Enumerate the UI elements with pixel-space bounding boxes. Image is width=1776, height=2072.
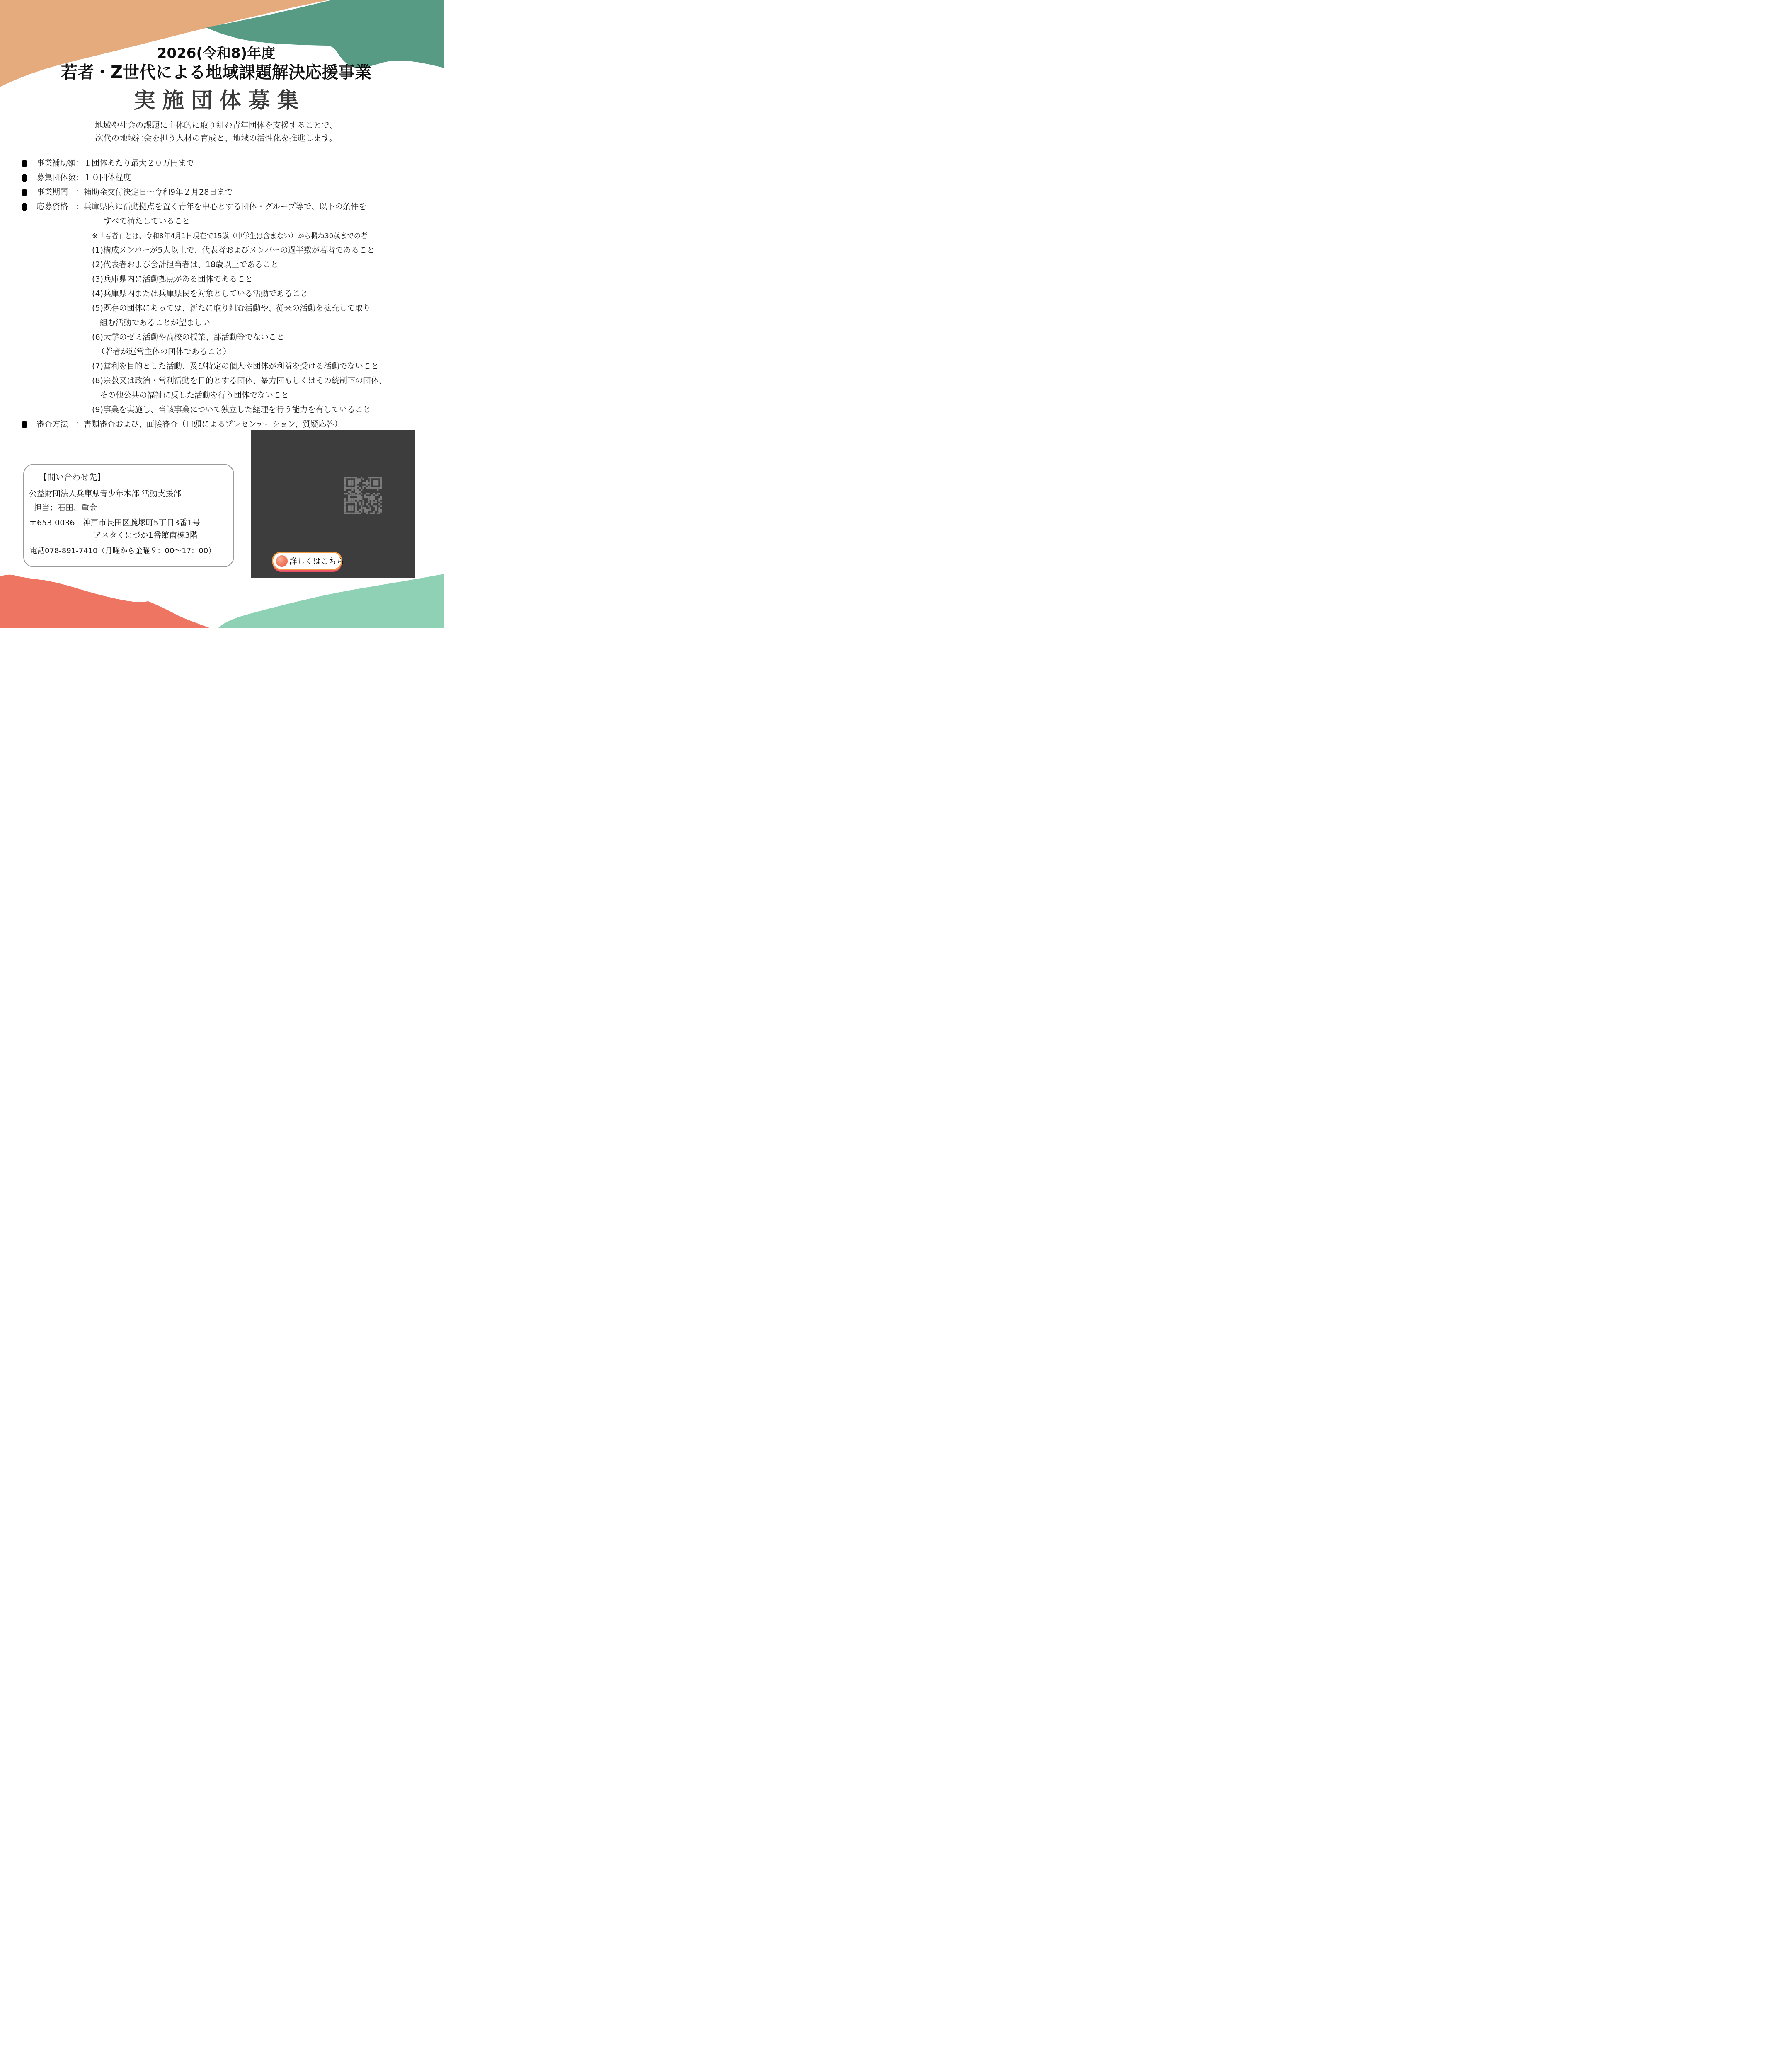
contact-phone: 電話078-891-7410（月曜から金曜９：00～17：00） bbox=[30, 546, 233, 557]
contact-address-line-1: 〒653-0036 神戸市長田区腕塚町5丁目3番1号 bbox=[29, 518, 233, 528]
contact-heading: 【問い合わせ先】 bbox=[39, 472, 233, 483]
details-button-label: 詳しくはこちら bbox=[289, 555, 344, 566]
conditions-block: ※「若者」とは、令和8年4月1日現在で15歳（中学生は含まない）から概ね30歳ま… bbox=[92, 229, 437, 417]
condition-line: (7)営利を目的とした活動、及び特定の個人や団体が利益を受ける活動でないこと bbox=[92, 359, 437, 374]
bullet-subsidy-text: 事業補助額：１団体あたり最大２０万円まで bbox=[36, 159, 194, 168]
details-button[interactable]: 詳しくはこちら bbox=[272, 552, 342, 570]
condition-line: (6)大学のゼミ活動や高校の授業、部活動等でないこと bbox=[92, 330, 437, 345]
condition-line: (8)宗教又は政治・営利活動を目的とする団体、暴力団もしくはその統制下の団体、 bbox=[92, 374, 437, 388]
bullet-icon bbox=[22, 189, 27, 196]
contact-box: 【問い合わせ先】 公益財団法人兵庫県青少年本部 活動支援部 担当：石田、重金 〒… bbox=[23, 464, 234, 567]
bullet-icon bbox=[22, 203, 27, 211]
condition-line-continuation: その他公共の福祉に反した活動を行う団体でないこと bbox=[92, 388, 437, 403]
program-details-list: 事業補助額：１団体あたり最大２０万円まで 募集団体数：１０団体程度 事業期間 ：… bbox=[21, 156, 437, 432]
condition-line: (2)代表者および会計担当者は、18歳以上であること bbox=[92, 258, 437, 272]
bullet-subsidy: 事業補助額：１団体あたり最大２０万円まで bbox=[21, 156, 437, 171]
header: 2026(令和8)年度 若者・Z世代による地域課題解決応援事業 実施団体募集 地… bbox=[0, 45, 432, 145]
fiscal-year-title: 2026(令和8)年度 bbox=[0, 45, 432, 62]
contact-address-line-2: アスタくにづか1番館南棟3階 bbox=[94, 530, 233, 541]
bullet-period-text: 事業期間 ：補助金交付決定日～令和9年２月28日まで bbox=[36, 188, 233, 197]
condition-line-continuation: （若者が運営主体の団体であること） bbox=[92, 345, 437, 359]
bullet-review-text: 審査方法 ：書類審査および、面接審査（口頭によるプレゼンテーション、質疑応答） bbox=[36, 420, 342, 429]
eligibility-continuation: すべて満たしていること bbox=[21, 214, 437, 229]
contact-staff: 担当：石田、重金 bbox=[34, 503, 233, 513]
bullet-icon bbox=[22, 421, 27, 428]
bullet-icon bbox=[22, 174, 27, 182]
age-definition-note: ※「若者」とは、令和8年4月1日現在で15歳（中学生は含まない）から概ね30歳ま… bbox=[92, 229, 437, 243]
flyer-page: 2026(令和8)年度 若者・Z世代による地域課題解決応援事業 実施団体募集 地… bbox=[0, 0, 444, 628]
red-dot-icon bbox=[276, 555, 288, 567]
bullet-period: 事業期間 ：補助金交付決定日～令和9年２月28日まで bbox=[21, 185, 437, 200]
condition-line: (4)兵庫県内または兵庫県民を対象としている活動であること bbox=[92, 287, 437, 301]
bullet-review: 審査方法 ：書類審査および、面接審査（口頭によるプレゼンテーション、質疑応答） bbox=[21, 417, 437, 432]
bullet-groups-text: 募集団体数：１０団体程度 bbox=[36, 173, 131, 182]
program-title: 若者・Z世代による地域課題解決応援事業 bbox=[0, 62, 432, 83]
coral-wave-shape bbox=[0, 575, 209, 628]
condition-line: (9)事業を実施し、当該事業について独立した経理を行う能力を有していること bbox=[92, 403, 437, 417]
qr-code-icon bbox=[344, 477, 382, 514]
bullet-eligibility: 応募資格 ：兵庫県内に活動拠点を置く青年を中心とする団体・グループ等で、以下の条… bbox=[21, 200, 437, 214]
description-line-1: 地域や社会の課題に主体的に取り組む青年団体を支援することで、 bbox=[0, 119, 432, 132]
bullet-groups: 募集団体数：１０団体程度 bbox=[21, 171, 437, 185]
teal-wave-shape bbox=[218, 574, 444, 628]
recruitment-title: 実施団体募集 bbox=[0, 88, 432, 114]
lead-description: 地域や社会の課題に主体的に取り組む青年団体を支援することで、 次代の地域社会を担… bbox=[0, 119, 432, 145]
contact-organization: 公益財団法人兵庫県青少年本部 活動支援部 bbox=[29, 489, 233, 499]
condition-line-continuation: 組む活動であることが望ましい bbox=[92, 316, 437, 330]
description-line-2: 次代の地域社会を担う人材の育成と、地域の活性化を推進します。 bbox=[0, 132, 432, 145]
condition-line: (3)兵庫県内に活動拠点がある団体であること bbox=[92, 272, 437, 287]
bullet-icon bbox=[22, 160, 27, 167]
bullet-eligibility-text: 応募資格 ：兵庫県内に活動拠点を置く青年を中心とする団体・グループ等で、以下の条… bbox=[36, 202, 366, 211]
condition-line: (1)構成メンバーが5人以上で、代表者およびメンバーの過半数が若者であること bbox=[92, 243, 437, 258]
condition-line: (5)既存の団体にあっては、新たに取り組む活動や、従来の活動を拡充して取り bbox=[92, 301, 437, 316]
